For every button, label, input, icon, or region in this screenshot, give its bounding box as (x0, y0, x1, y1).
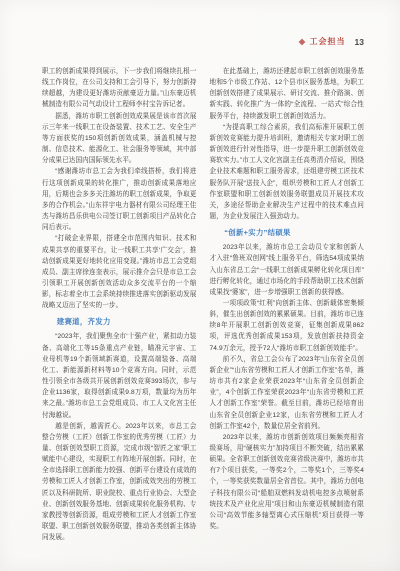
paragraph: “为提高职工综合素质，我们高标准开展职工创新创效竞赛能力提升培训班，邀请相关专家… (210, 122, 365, 222)
paragraph: 职工的创新成果得到展示，下一步我们将继续扎根一线工作岗位，在公司支持和工会引导下… (42, 66, 197, 111)
paragraph: 越是创新，越需匠心。2023年以来，市总工会整合劳模（工匠）创新工作室的优秀劳模… (42, 421, 197, 544)
page-number: 13 (355, 37, 364, 47)
paragraph: 前不久，省总工会公布了2023年“山东省全员创新企业”“山东省劳模和工匠人才创新… (210, 354, 365, 432)
section-label: 工会担当 (310, 36, 346, 47)
left-column: 职工的创新成果得到展示，下一步我们将继续扎根一线工作岗位，在公司支持和工会引导下… (42, 66, 197, 547)
paragraph: 在此基础上，潍坊还建起市职工创新创效服务基地和5个市级工作站、12个县市区服务基… (210, 66, 365, 122)
magazine-page: 工会担当 13 职工的创新成果得到展示，下一步我们将继续扎根一线工作岗位，在公司… (0, 0, 400, 571)
article-body: 职工的创新成果得到展示，下一步我们将继续扎根一线工作岗位，在公司支持和工会引导下… (42, 66, 364, 547)
paragraph: 据悉，潍坊市职工创新创效成果展是该市首次展示三年来一线职工在设备装置、技术工艺、… (42, 111, 197, 167)
paragraph: 一项项政策“红利”向创新主体、创新载体密集倾斜，催生出创新创效的累累硕果。目前，… (210, 298, 365, 354)
right-column: 在此基础上，潍坊还建起市职工创新创效服务基地和5个市级工作站、12个县市区服务基… (210, 66, 365, 547)
subheading-innovation-results: “创新+实力”结硕果 (210, 228, 365, 238)
paragraph: “2023年，我们聚焦全市‘十强产业’，紧扣动力装备、高端化工等15条重点产业链… (42, 331, 197, 420)
paragraph: “感谢潍坊市总工会为我们牵线搭桥，我们将进行这项创新成果的转化推广，推动创新成果… (42, 166, 197, 233)
subheading-build-tracks: 建赛道，齐发力 (42, 317, 197, 327)
section-marker-icon (298, 38, 305, 45)
paragraph: 2023年以来，潍坊市创新创效项目频频亮相省级赛场，用“硬核实力”加持项目不断突… (210, 432, 365, 532)
paragraph: “打破企业界限，搭建全市范围内知识、技术和成果共享的重要平台，让一线职工共享‘广… (42, 233, 197, 311)
page-header: 工会担当 13 (299, 36, 364, 47)
paragraph: 2023年以来，潍坊市总工会动员专家和创新人才入驻“鲁班双创网”线上服务平台，筛… (210, 242, 365, 298)
